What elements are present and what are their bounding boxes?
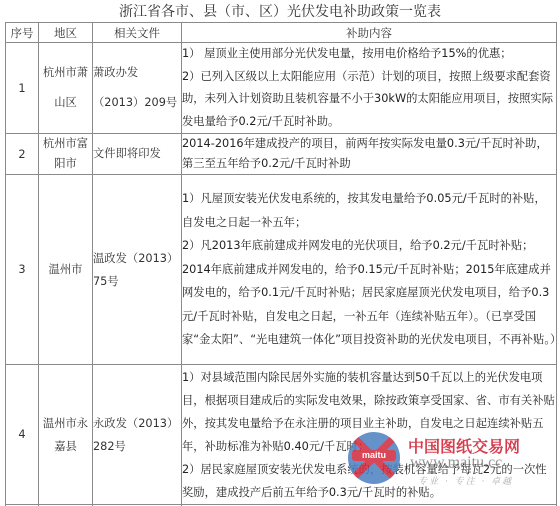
row-document: 文件即将印发: [93, 134, 182, 175]
table-row: 3 温州市 温政发（2013）75号 1）凡屋顶安装光伏发电系统的，按其发电量给…: [6, 175, 557, 365]
content-paragraph: 2014-2016年建成投产的项目，前两年按实际发电量0.3元/千瓦时补助，第三…: [182, 134, 556, 174]
content-paragraph: 2）凡2013年底前建成并网发电的光伏项目，给予0.2元/千瓦时补贴；2014年…: [182, 234, 556, 352]
row-content: 1）对县域范围内除民居外实施的装机容量达到50千瓦以上的光伏发电项目，根据项目建…: [182, 365, 557, 505]
table-header-row: 序号 地区 相关文件 补助内容: [6, 23, 557, 43]
table-row: 2 杭州市富阳市 文件即将印发 2014-2016年建成投产的项目，前两年按实际…: [6, 134, 557, 175]
row-document: 萧政办发（2013）209号: [93, 43, 182, 134]
content-paragraph: 1）凡屋顶安装光伏发电系统的，按其发电量给予0.05元/千瓦时的补贴，自发电之日…: [182, 187, 556, 234]
header-index: 序号: [6, 23, 39, 43]
row-index: 3: [6, 175, 39, 365]
row-index: 4: [6, 365, 39, 505]
policy-table: 序号 地区 相关文件 补助内容 1 杭州市萧山区 萧政办发（2013）209号 …: [5, 22, 557, 506]
row-document: 温政发（2013）75号: [93, 175, 182, 365]
row-content: 1） 屋顶业主使用部分光伏发电量，按用电价格给予15%的优惠； 2）已列入区级以…: [182, 43, 557, 134]
header-document: 相关文件: [93, 23, 182, 43]
row-region: 温州市: [39, 175, 93, 365]
document-title: 浙江省各市、县（市、区）光伏发电补助政策一览表: [0, 3, 560, 21]
row-region: 杭州市萧山区: [39, 43, 93, 134]
content-paragraph: 2）居民家庭屋顶安装光伏发电系统的，按装机容量给予每瓦2元的一次性奖励，建成投产…: [182, 458, 556, 504]
row-region: 杭州市富阳市: [39, 134, 93, 175]
row-content: 1）凡屋顶安装光伏发电系统的，按其发电量给予0.05元/千瓦时的补贴，自发电之日…: [182, 175, 557, 365]
row-document: 永政发（2013）282号: [93, 365, 182, 505]
header-region: 地区: [39, 23, 93, 43]
row-index: 1: [6, 43, 39, 134]
table-row: 4 温州市永嘉县 永政发（2013）282号 1）对县域范围内除民居外实施的装机…: [6, 365, 557, 505]
row-region: 温州市永嘉县: [39, 365, 93, 505]
table-row: 1 杭州市萧山区 萧政办发（2013）209号 1） 屋顶业主使用部分光伏发电量…: [6, 43, 557, 134]
content-paragraph: 1） 屋顶业主使用部分光伏发电量，按用电价格给予15%的优惠；: [182, 43, 556, 66]
row-content: 2014-2016年建成投产的项目，前两年按实际发电量0.3元/千瓦时补助，第三…: [182, 134, 557, 175]
header-content: 补助内容: [182, 23, 557, 43]
content-paragraph: 1）对县域范围内除民居外实施的装机容量达到50千瓦以上的光伏发电项目，根据项目建…: [182, 366, 556, 458]
row-index: 2: [6, 134, 39, 175]
content-paragraph: 2）已列入区级以上太阳能应用（示范）计划的项目，按照上级要求配套资助，未列入计划…: [182, 66, 556, 134]
